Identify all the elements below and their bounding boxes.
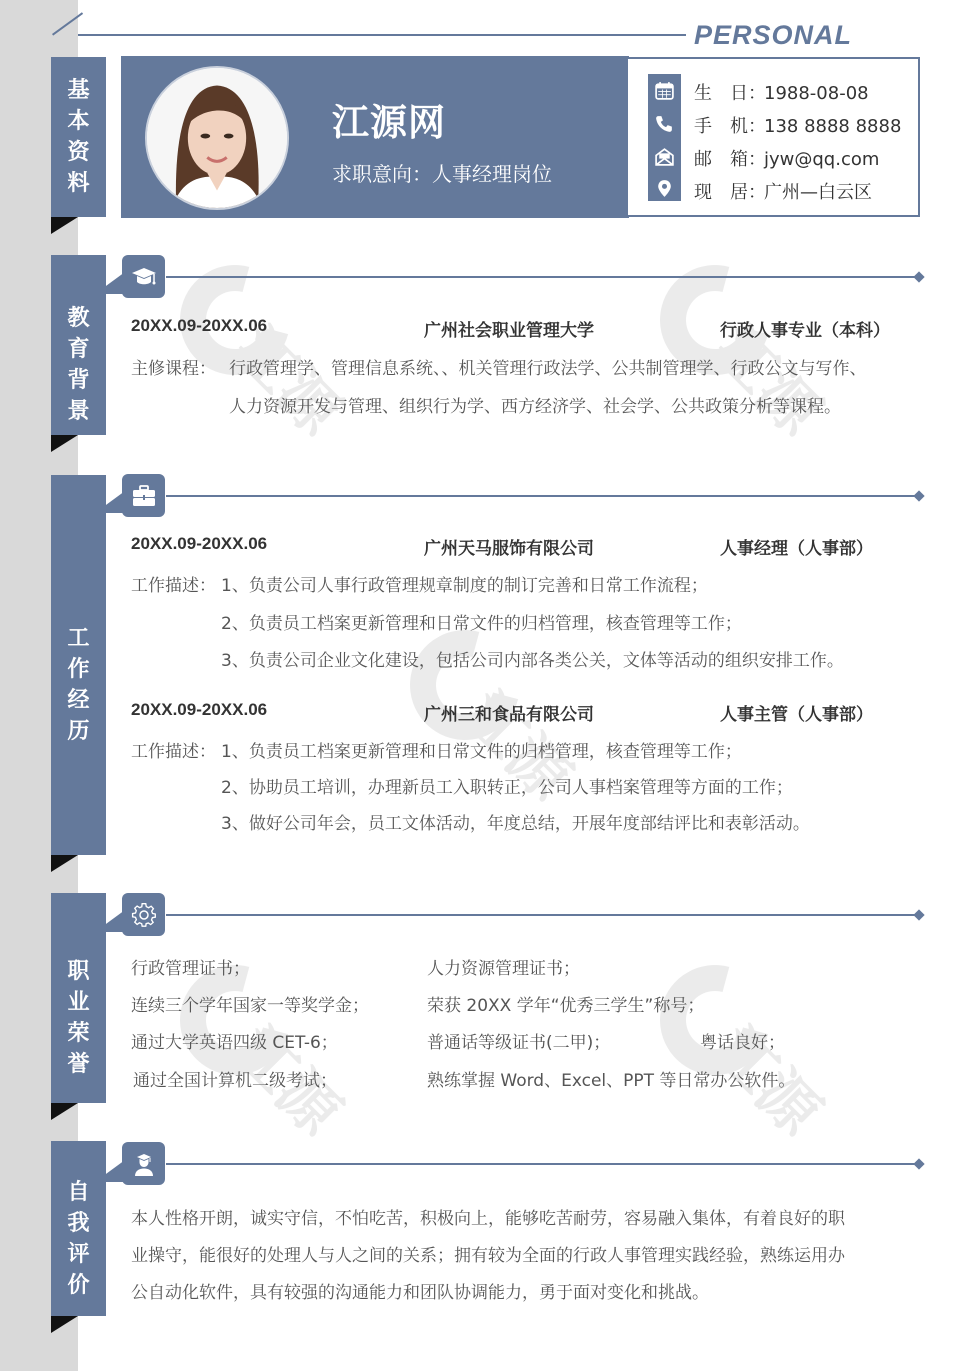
section-divider xyxy=(166,914,920,916)
mail-icon xyxy=(654,146,675,167)
tab-char: 评 xyxy=(67,1239,89,1270)
section-tab-work: 工 作 经 历 xyxy=(51,475,106,855)
tab-char: 教 xyxy=(67,303,89,334)
tab-char: 背 xyxy=(67,365,89,396)
job2-item-1: 1、负责员工档案更新管理和日常文件的归档管理，核查管理等工作； xyxy=(221,737,742,762)
job2-period: 20XX.09-20XX.06 xyxy=(131,700,267,720)
job1-company: 广州天马服饰有限公司 xyxy=(424,534,594,559)
portrait-image xyxy=(147,68,287,208)
job2-company: 广州三和食品有限公司 xyxy=(424,700,594,725)
calendar-icon xyxy=(654,80,675,101)
job1-position: 人事经理（人事部） xyxy=(720,534,873,559)
badge-pointer xyxy=(95,272,125,294)
badge-pointer xyxy=(95,910,125,932)
honor-right-3: 普通话等级证书(二甲)； xyxy=(427,1028,610,1053)
tab-char: 基 xyxy=(67,75,89,106)
divider-end-dot xyxy=(913,490,924,501)
divider-end-dot xyxy=(913,1158,924,1169)
tab-char: 资 xyxy=(67,137,89,168)
edu-school: 广州社会职业管理大学 xyxy=(424,316,594,341)
job2-position: 人事主管（人事部） xyxy=(720,700,873,725)
tab-char: 景 xyxy=(67,396,89,427)
honor-right-1: 人力资源管理证书； xyxy=(427,954,580,979)
courses-label: 主修课程： xyxy=(131,354,216,379)
briefcase-icon xyxy=(130,482,158,510)
avatar xyxy=(145,66,289,210)
tab-char: 自 xyxy=(67,1177,89,1208)
tab-char: 本 xyxy=(67,106,89,137)
edu-period: 20XX.09-20XX.06 xyxy=(131,316,267,336)
tab-fold xyxy=(51,435,78,452)
contact-residence: 现 居：广州—白云区 xyxy=(694,178,872,204)
self-eval-line-1: 本人性格开朗，诚实守信，不怕吃苦，积极向上，能够吃苦耐劳，容易融入集体，有着良好… xyxy=(131,1204,845,1229)
honor-left-2: 连续三个学年国家一等奖学金； xyxy=(131,991,369,1016)
tab-char: 历 xyxy=(67,716,89,747)
candidate-name: 江源网 xyxy=(332,92,446,146)
education-badge xyxy=(122,255,165,298)
tab-char: 经 xyxy=(67,685,89,716)
tab-char: 作 xyxy=(67,654,89,685)
job1-item-1: 1、负责公司人事行政管理规章制度的制订完善和日常工作流程； xyxy=(221,571,708,596)
tab-fold xyxy=(51,217,78,234)
tab-char: 育 xyxy=(67,334,89,365)
tab-fold xyxy=(51,1316,78,1333)
phone-icon xyxy=(654,113,675,134)
contact-birthday: 生 日：1988-08-08 xyxy=(694,79,869,105)
honor-left-1: 行政管理证书； xyxy=(131,954,250,979)
divider-end-dot xyxy=(913,909,924,920)
job2-item-3: 3、做好公司年会，员工文体活动，年度总结，开展年度部结评比和表彰活动。 xyxy=(221,809,810,834)
gear-icon xyxy=(130,901,158,929)
job1-item-2: 2、负责员工档案更新管理和日常文件的归档管理，核查管理等工作； xyxy=(221,609,742,634)
tab-fold xyxy=(51,855,78,872)
location-icon xyxy=(654,178,675,199)
section-divider xyxy=(166,1163,920,1165)
self-eval-badge xyxy=(122,1142,165,1185)
work-badge xyxy=(122,474,165,517)
job2-desc-label: 工作描述： xyxy=(131,737,216,762)
section-divider xyxy=(166,495,920,497)
tab-fold xyxy=(51,1103,78,1120)
edu-major: 行政人事专业（本科） xyxy=(720,316,890,341)
honor-right-4: 熟练掌握 Word、Excel、PPT 等日常办公软件。 xyxy=(427,1066,795,1091)
job1-item-3: 3、负责公司企业文化建设，包括公司内部各类公关，文体等活动的组织安排工作。 xyxy=(221,646,844,671)
tab-char: 荣 xyxy=(67,1018,89,1049)
section-tab-basic: 基 本 资 料 xyxy=(51,57,106,217)
honor-left-3: 通过大学英语四级 CET-6； xyxy=(131,1028,338,1053)
honors-badge xyxy=(122,893,165,936)
header-line xyxy=(78,34,686,36)
graduation-cap-icon xyxy=(130,263,158,291)
self-eval-line-2: 业操守，能很好的处理人与人之间的关系；拥有较为全面的行政人事管理实践经验，熟练运… xyxy=(131,1241,845,1266)
badge-pointer xyxy=(95,1160,125,1182)
job1-desc-label: 工作描述： xyxy=(131,571,216,596)
tab-char: 工 xyxy=(67,623,89,654)
tab-char: 职 xyxy=(67,956,89,987)
job2-item-2: 2、协助员工培训，办理新员工入职转正，公司人事档案管理等方面的工作； xyxy=(221,773,793,798)
divider-end-dot xyxy=(913,271,924,282)
tab-char: 我 xyxy=(67,1208,89,1239)
graduate-person-icon xyxy=(130,1150,158,1178)
courses-line-1: 行政管理学、管理信息系统、、机关管理行政法学、公共制管理学、行政公文与写作、 xyxy=(229,354,867,379)
personal-label: PERSONAL xyxy=(694,20,852,51)
honor-left-4: 通过全国计算机二级考试； xyxy=(133,1066,337,1091)
honor-extra: 粤话良好； xyxy=(700,1028,785,1053)
tab-char: 价 xyxy=(67,1270,89,1301)
self-eval-line-3: 公自动化软件，具有较强的沟通能力和团队协调能力，勇于面对变化和挑战。 xyxy=(131,1278,709,1303)
contact-phone: 手 机：138 8888 8888 xyxy=(694,112,901,138)
badge-pointer xyxy=(95,491,125,513)
courses-line-2: 人力资源开发与管理、组织行为学、西方经济学、社会学、公共政策分析等课程。 xyxy=(229,392,841,417)
honor-right-2: 荣获 20XX 学年“优秀三学生”称号； xyxy=(427,991,704,1016)
section-divider xyxy=(166,276,920,278)
job-intent: 求职意向：人事经理岗位 xyxy=(332,158,552,187)
contact-email: 邮 箱：jyw@qq.com xyxy=(694,145,879,171)
job1-period: 20XX.09-20XX.06 xyxy=(131,534,267,554)
tab-char: 料 xyxy=(67,168,89,199)
tab-char: 业 xyxy=(67,987,89,1018)
tab-char: 誉 xyxy=(67,1049,89,1080)
